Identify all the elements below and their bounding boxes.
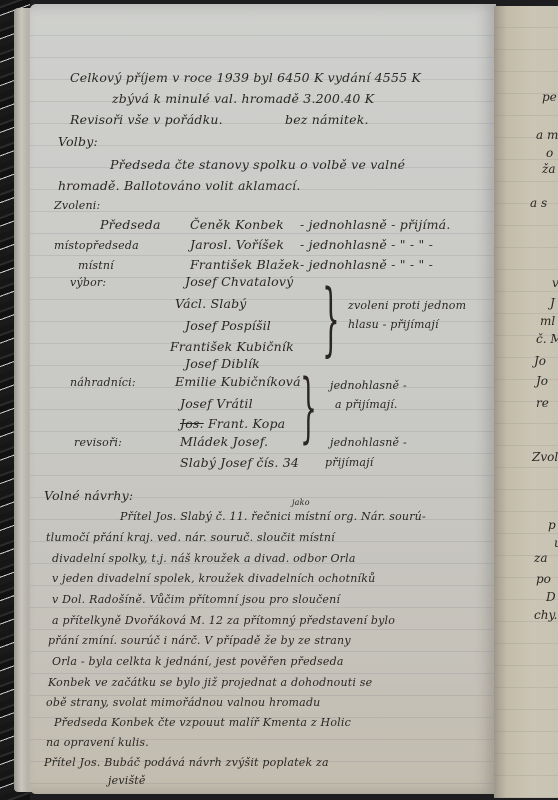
substitutes-note-1: jednohlasně - xyxy=(330,379,407,392)
note-chairman: - jednohlasně - přijímá. xyxy=(300,217,451,232)
role-substitutes: náhradníci: xyxy=(70,376,136,389)
elected-label: Zvoleni: xyxy=(54,199,100,212)
motion-line: obě strany, svolat mimořádnou valnou hro… xyxy=(46,696,320,709)
substitute-member: Josef Diblík xyxy=(185,356,260,371)
right-fragment: o xyxy=(546,146,553,160)
motion-line: v Dol. Radošíně. Vůčim přítomní jsou pro… xyxy=(52,593,340,606)
motion-line: divadelní spolky, t.j. náš kroužek a div… xyxy=(52,552,356,565)
finance-line-1: Celkový příjem v roce 1939 byl 6450 K vy… xyxy=(70,70,421,85)
elections-intro-2: hromadě. Ballotováno volit aklamací. xyxy=(58,178,301,193)
right-fragment: a s xyxy=(530,196,547,210)
right-fragment: č. M xyxy=(536,332,558,346)
struck-word: Jos. xyxy=(180,416,204,431)
role-committee: výbor: xyxy=(70,276,106,289)
right-fragment: u xyxy=(554,536,558,550)
motion-line: v jeden divadelní spolek, kroužek divade… xyxy=(52,572,375,585)
auditor-member: Mládek Josef. xyxy=(180,434,268,449)
finance-line-3-label: Revisoři vše v pořádku. xyxy=(70,112,223,127)
right-fragment: p xyxy=(548,518,556,532)
left-page: Celkový příjem v roce 1939 byl 6450 K vy… xyxy=(30,4,496,794)
elections-heading: Volby: xyxy=(58,134,98,149)
auditors-note-1: jednohlasně - xyxy=(330,436,407,449)
substitutes-note-2: a přijímají. xyxy=(335,398,398,411)
substitutes-brace: } xyxy=(300,362,317,451)
right-fragment: v xyxy=(552,276,558,290)
superscript-insertion: jako xyxy=(292,498,310,507)
committee-brace: } xyxy=(322,272,340,365)
motion-line: Konbek ve začátku se bylo již projednat … xyxy=(48,676,372,689)
right-fragment: za xyxy=(534,551,547,565)
role-auditors: revisoři: xyxy=(74,436,122,449)
right-fragment: pe xyxy=(542,90,557,104)
committee-note-2: hlasu - přijímají xyxy=(348,318,439,331)
role-chairman: Předseda xyxy=(100,217,161,232)
name-chairman: Čeněk Konbek xyxy=(190,217,284,232)
motion-line: Přítel Jos. Bubáč podává návrh zvýšit po… xyxy=(44,756,329,769)
auditors-note-2: přijímají xyxy=(325,456,373,469)
name-vice-chairman: Jarosl. Voříšek xyxy=(190,237,284,252)
name-local: František Blažek xyxy=(190,257,300,272)
committee-member: Josef Chvatalový xyxy=(185,274,293,289)
motion-line: přání zmíní. sourúč i nárč. V případě že… xyxy=(48,634,351,647)
right-fragment: Jo xyxy=(534,354,546,368)
committee-note-1: zvoleni proti jednom xyxy=(348,299,466,312)
right-fragment: chy. xyxy=(534,608,557,622)
right-fragment: D xyxy=(546,590,556,604)
right-fragment: ža xyxy=(542,162,555,176)
right-fragment: Zvol xyxy=(532,450,558,464)
committee-member: Václ. Slabý xyxy=(175,296,247,311)
note-local: - jednohlasně - " - " - xyxy=(300,257,433,272)
elections-intro-1: Předseda čte stanovy spolku o volbě ve v… xyxy=(110,157,405,172)
committee-member: Josef Pospíšil xyxy=(185,318,271,333)
motion-line: na opravení kulis. xyxy=(46,736,149,749)
substitute-member: Emilie Kubičníková xyxy=(175,374,301,389)
right-fragment: Jo xyxy=(536,374,548,388)
right-fragment: re xyxy=(536,396,549,410)
motion-line: tlumočí přání kraj. ved. nár. souruč. sl… xyxy=(46,531,335,544)
role-local: místní xyxy=(78,259,114,272)
substitute-member: Frant. Kopa xyxy=(208,416,285,431)
motion-line: a přítelkyně Dvořáková M. 12 za přítomný… xyxy=(52,614,395,627)
finance-line-3-tail: bez námitek. xyxy=(285,112,369,127)
substitute-member: Josef Vrátil xyxy=(180,396,253,411)
right-fragment: a m xyxy=(536,128,558,142)
motion-line: Přítel Jos. Slabý č. 11. řečnici místní … xyxy=(120,510,426,523)
motion-line: Předseda Konbek čte vzpouut malíř Kmenta… xyxy=(54,716,351,729)
committee-member: František Kubičník xyxy=(170,339,294,354)
note-vice-chairman: - jednohlasně - " - " - xyxy=(300,237,433,252)
motions-heading: Volné návrhy: xyxy=(44,488,133,503)
role-vice-chairman: místopředseda xyxy=(54,239,139,252)
auditor-member: Slabý Josef čís. 34 xyxy=(180,455,299,470)
finance-line-2: zbývá k minulé val. hromadě 3.200.40 K xyxy=(112,91,374,106)
motion-line: jeviště xyxy=(108,774,146,787)
right-fragment: ml xyxy=(540,314,555,328)
right-page-fragment: pe a m o ža a s v J ml č. M Jo Jo re Zvo… xyxy=(494,6,558,798)
motion-line: Orla - byla celkta k jednání, jest pověř… xyxy=(52,655,344,668)
right-fragment: po xyxy=(536,572,551,586)
right-fragment: J xyxy=(550,296,555,310)
